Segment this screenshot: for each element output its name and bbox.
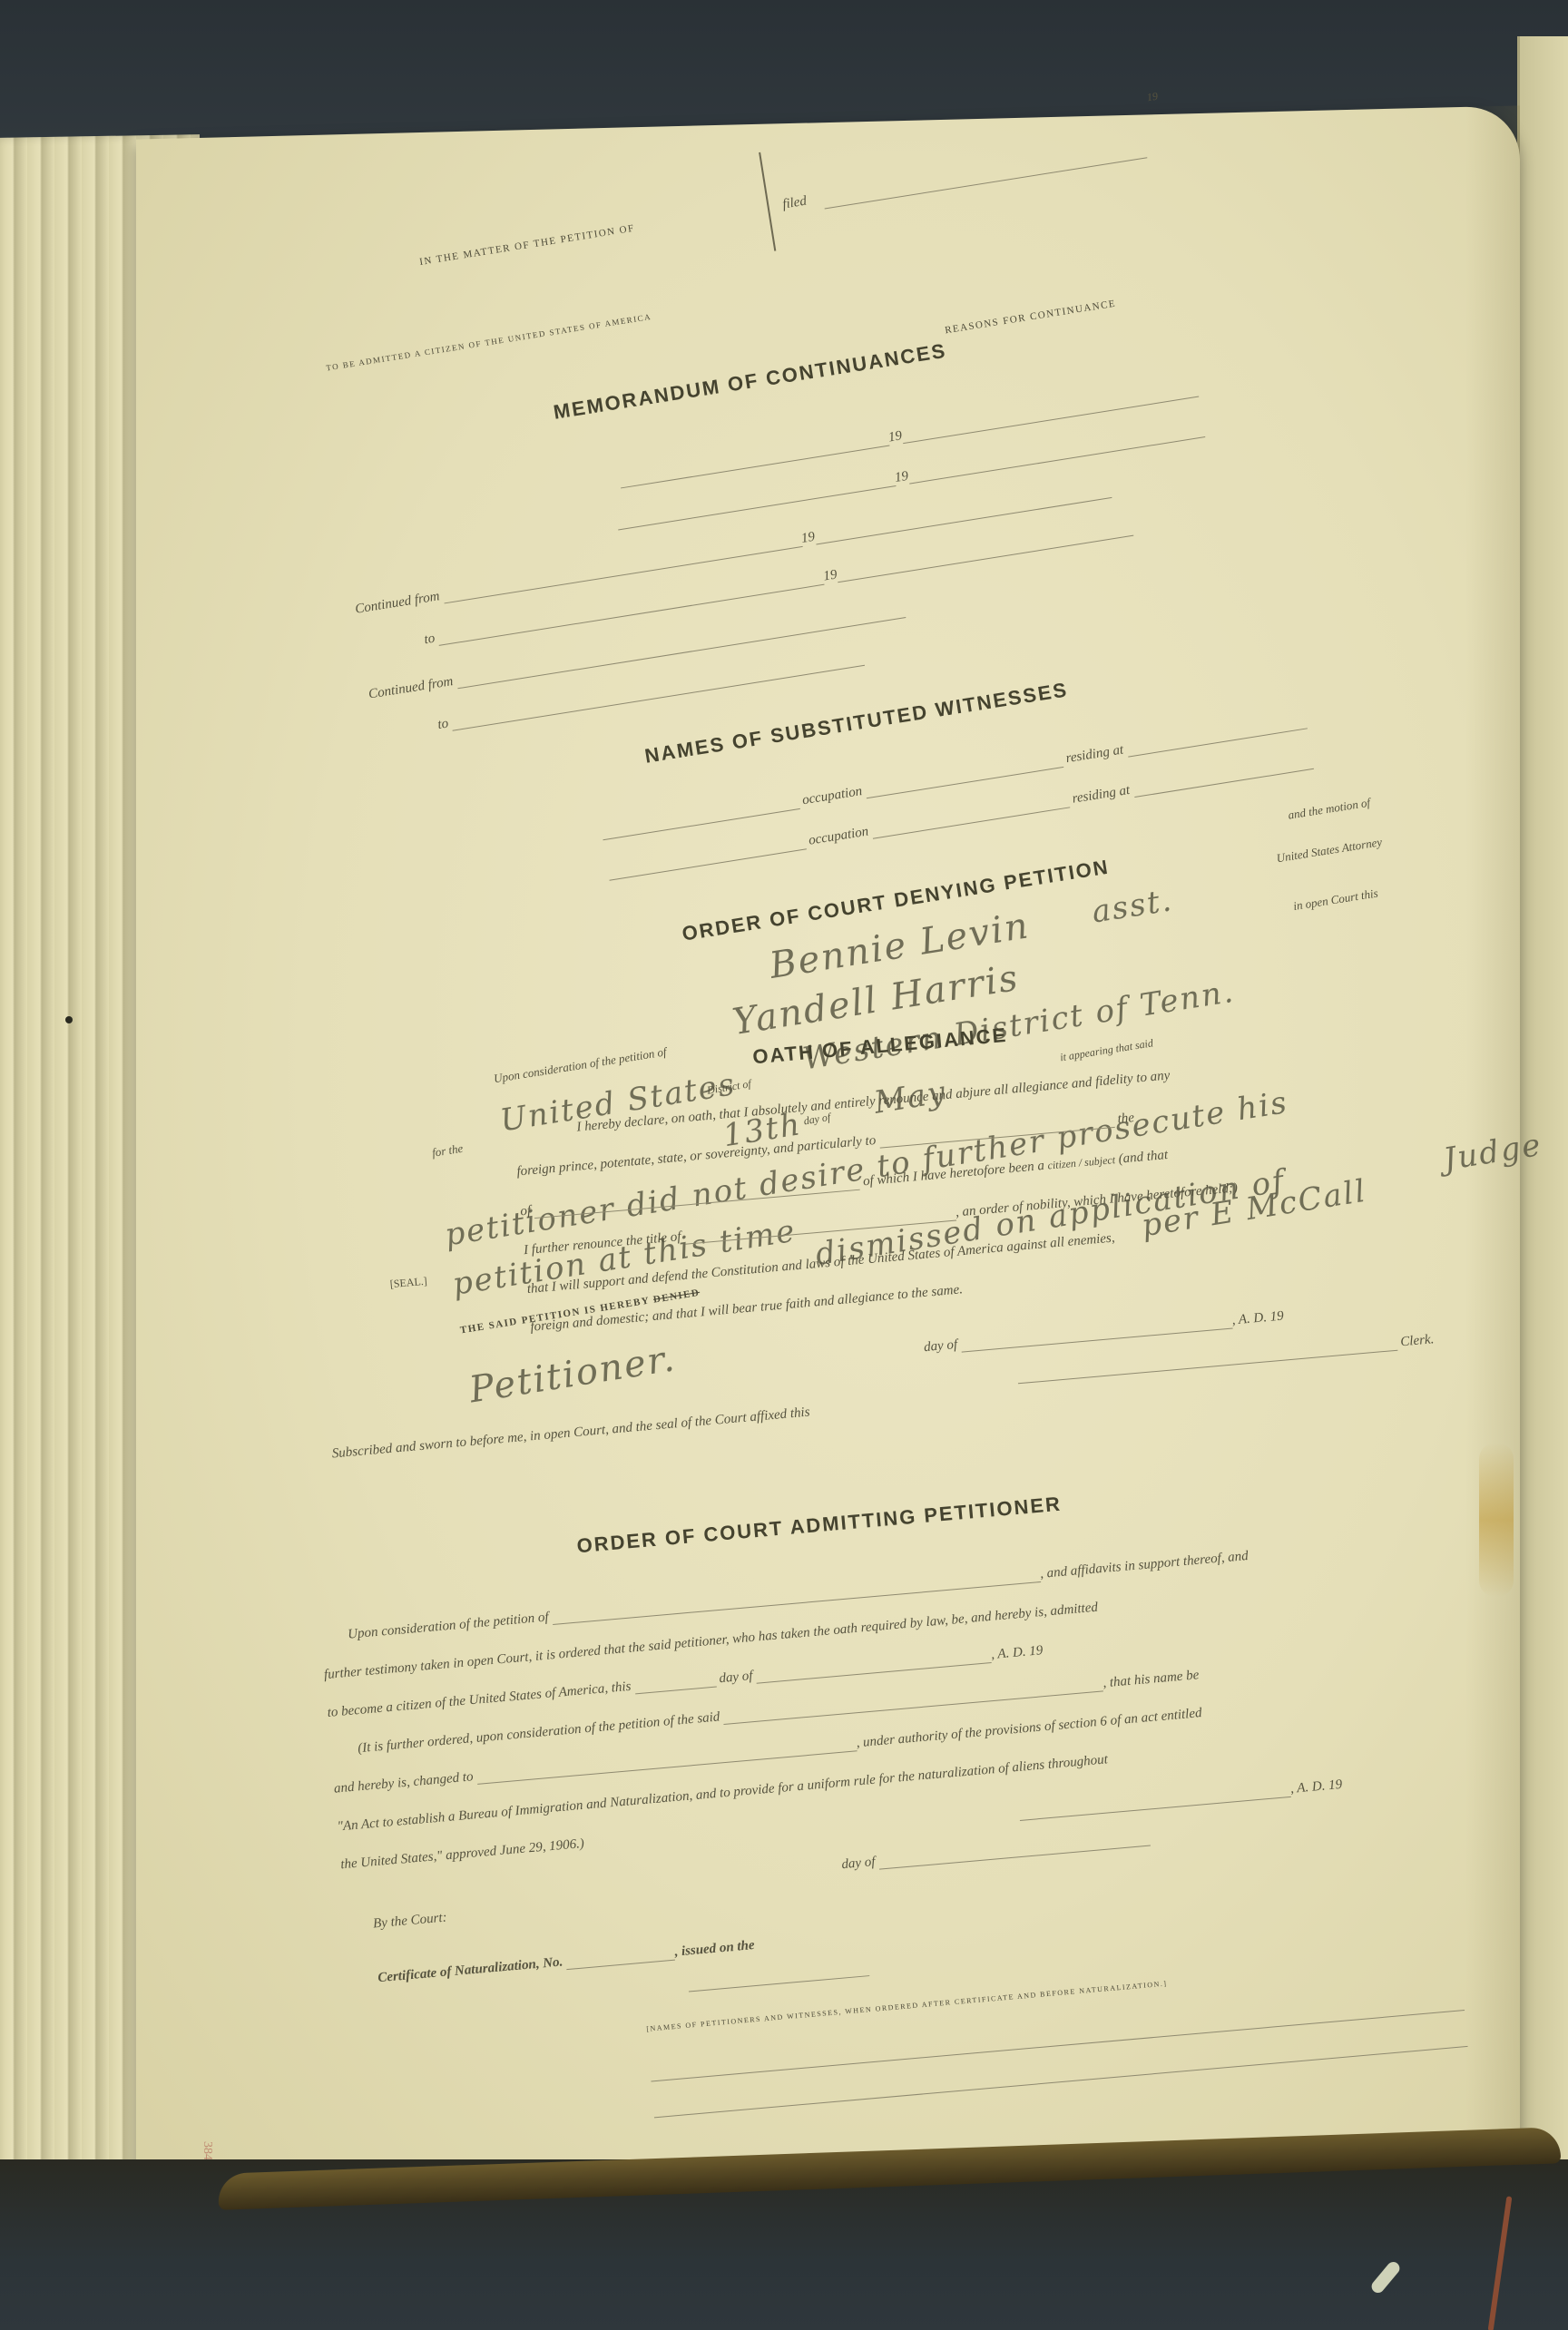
admitting-line: "An Act to establish a Bureau of Immigra…	[337, 1752, 1109, 1835]
oath-line: I further renounce the title of , an ord…	[523, 1180, 1238, 1258]
admitting-title: ORDER OF COURT ADMITTING PETITIONER	[576, 1493, 1063, 1559]
admitting-line: the United States," approved June 29, 19…	[340, 1836, 585, 1873]
oath-date-line: day of , A. D. 19	[923, 1309, 1284, 1356]
header-divider	[759, 152, 776, 251]
continuances-title: MEMORANDUM OF CONTINUANCES	[552, 339, 948, 425]
witnesses-title: NAMES OF SUBSTITUTED WITNESSES	[643, 678, 1070, 769]
and-motion-label: and the motion of	[1287, 796, 1371, 823]
seal-label: [SEAL.]	[389, 1275, 427, 1292]
admitting-date-line: , A. D. 19	[1019, 1777, 1343, 1821]
admitted-label: TO BE ADMITTED A CITIZEN OF THE UNITED S…	[326, 312, 652, 373]
margin-dot	[65, 1016, 73, 1023]
reasons-label: REASONS FOR CONTINUANCE	[944, 299, 1116, 337]
filed-label: filed	[781, 194, 808, 213]
page-content-lower: OATH OF ALLEGIANCE I hereby declare, on …	[254, 869, 1568, 2155]
header-year: 19	[1146, 90, 1159, 105]
admitting-line: to become a citizen of the United States…	[327, 1643, 1044, 1721]
subscribed-line: Subscribed and sworn to before me, in op…	[331, 1405, 810, 1462]
matter-label: IN THE MATTER OF THE PETITION OF	[418, 223, 635, 268]
admitting-day-line: day of	[841, 1831, 1151, 1874]
by-court-label: By the Court:	[372, 1910, 447, 1932]
oath-title: OATH OF ALLEGIANCE	[751, 1023, 1008, 1069]
us-attorney-label: United States Attorney	[1276, 835, 1384, 866]
admitting-line: further testimony taken in open Court, i…	[323, 1601, 1098, 1684]
filed-line	[825, 157, 1148, 209]
certificate-underline	[689, 1975, 869, 1992]
